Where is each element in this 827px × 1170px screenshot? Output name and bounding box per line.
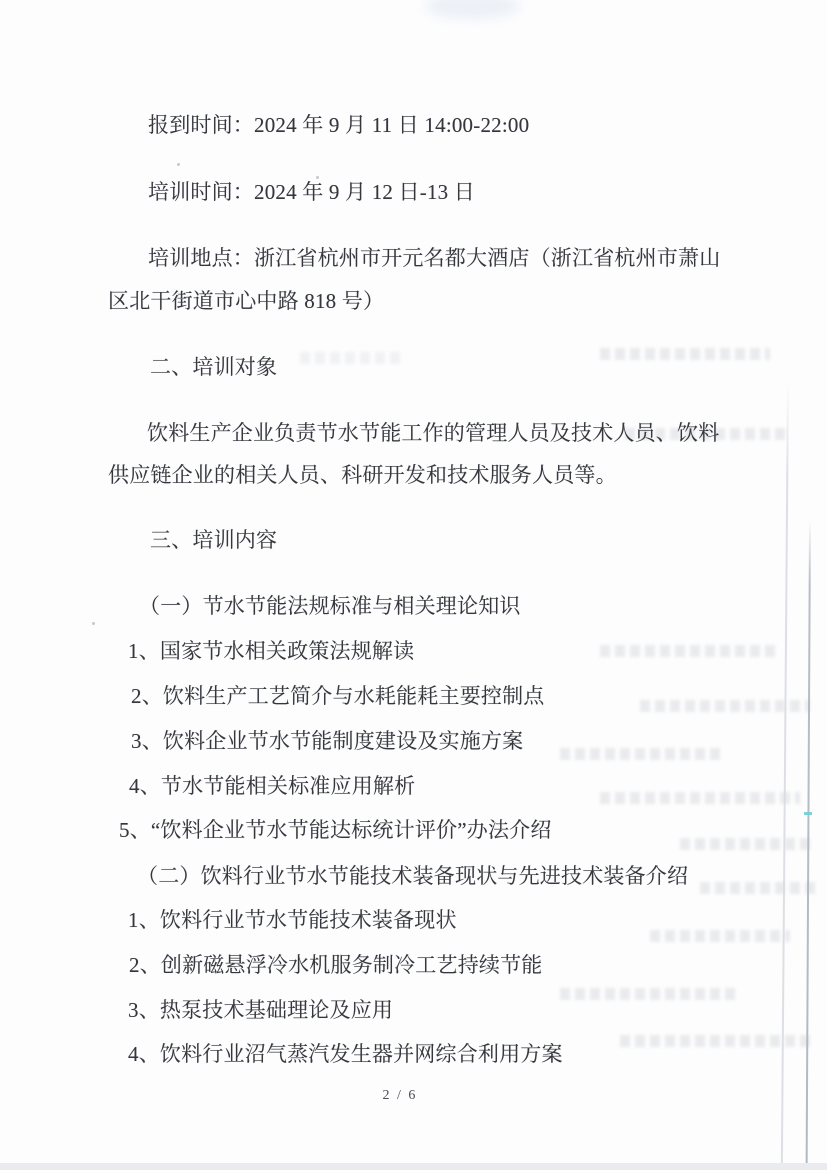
list-item-1-3: 3、饮料企业节水节能制度建设及实施方案 [131, 728, 523, 754]
line-training-venue-cont: 区北干街道市心中路 818 号） [108, 288, 384, 314]
bleed-through-artifact [600, 645, 780, 657]
subheading-part-2: （二）饮料行业节水节能技术装备现状与先进技术装备介绍 [137, 863, 688, 889]
bleed-through-artifact [560, 748, 720, 760]
bleed-through-artifact [560, 988, 740, 1000]
cyan-mark-artifact [804, 812, 812, 815]
bleed-through-artifact [600, 348, 770, 360]
list-item-1-1: 1、国家节水相关政策法规解读 [128, 638, 414, 664]
list-item-2-2: 2、创新磁悬浮冷水机服务制冷工艺持续节能 [129, 952, 543, 978]
line-checkin-time: 报到时间：2024 年 9 月 11 日 14:00-22:00 [148, 112, 529, 138]
page-number: 2 / 6 [0, 1088, 800, 1104]
heading-training-audience: 二、培训对象 [150, 354, 277, 380]
list-item-2-4: 4、饮料行业沼气蒸汽发生器并网综合利用方案 [128, 1041, 563, 1067]
bleed-through-artifact [600, 792, 800, 804]
list-item-1-2: 2、饮料生产工艺简介与水耗能耗主要控制点 [131, 683, 545, 709]
scan-speck-artifact [177, 163, 180, 166]
para-audience-line-2: 供应链企业的相关人员、科研开发和技术服务人员等。 [108, 462, 617, 488]
bleed-through-artifact [700, 882, 818, 894]
list-item-1-5: 5、“饮料企业节水节能达标统计评价”办法介绍 [119, 817, 552, 843]
bleed-through-artifact [650, 930, 790, 942]
subheading-part-1: （一）节水节能法规标准与相关理论知识 [139, 593, 521, 619]
heading-training-content: 三、培训内容 [150, 527, 277, 553]
list-item-2-3: 3、热泵技术基础理论及应用 [128, 997, 393, 1023]
document-page: 报到时间：2024 年 9 月 11 日 14:00-22:00 培训时间：20… [0, 0, 827, 1170]
line-training-time: 培训时间：2024 年 9 月 12 日-13 日 [148, 179, 475, 205]
bleed-through-artifact [680, 838, 810, 850]
list-item-2-1: 1、饮料行业节水节能技术装备现状 [128, 907, 457, 933]
page-edge-line [806, 520, 811, 1163]
scan-bottom-edge [0, 1163, 827, 1170]
scan-smudge-artifact [425, 0, 520, 20]
line-training-venue: 培训地点：浙江省杭州市开元名都大酒店（浙江省杭州市萧山 [148, 245, 720, 271]
para-audience-line-1: 饮料生产企业负责节水节能工作的管理人员及技术人员、饮料 [147, 420, 719, 446]
list-item-1-4: 4、节水节能相关标准应用解析 [129, 773, 415, 799]
bleed-through-artifact [300, 352, 400, 364]
scan-speck-artifact [92, 622, 95, 625]
